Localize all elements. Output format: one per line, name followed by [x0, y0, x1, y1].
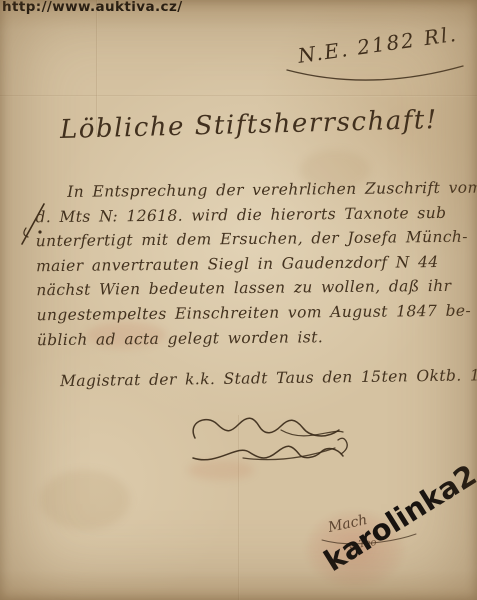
body-line: d. Mts N: 12618. wird die hierorts Taxno… — [35, 200, 459, 229]
body-line: In Entsprechung der verehrlichen Zuschri… — [35, 176, 459, 205]
stain — [40, 470, 130, 530]
body-line: nächst Wien bedeuten lassen zu wollen, d… — [36, 274, 460, 303]
vertical-fold-crease-top — [96, 0, 98, 135]
stain — [300, 150, 370, 190]
salutation: Löbliche Stiftsherrschaft! — [60, 105, 438, 145]
document-number-flourish — [283, 60, 468, 92]
body-line: ungestempeltes Einschreiten vom August 1… — [36, 299, 460, 328]
body-line: maier anvertrauten Siegl in Gaudenzdorf … — [36, 250, 460, 279]
horizontal-fold-crease — [0, 95, 477, 97]
note-underline-flourish — [320, 532, 420, 550]
document-number: N.E. 2182 Rl. — [296, 22, 459, 68]
letter-paper: N.E. 2182 Rl. Löbliche Stiftsherrschaft!… — [0, 0, 477, 600]
stain — [86, 322, 166, 348]
red-stamp-remnant — [305, 510, 405, 588]
body-line: üblich ad acta gelegt worden ist. — [37, 323, 461, 352]
signature-flourish — [185, 412, 365, 474]
auction-site-watermark: http://www.auktiva.cz/ — [2, 0, 183, 15]
letter-body: In Entsprechung der verehrlichen Zuschri… — [35, 176, 461, 353]
margin-mark — [14, 198, 58, 252]
note-name: Mach — [327, 512, 369, 536]
vertical-fold-crease-bottom — [238, 415, 240, 600]
note-sub: v. Teo — [347, 537, 377, 552]
stain — [188, 460, 254, 480]
dateline: Magistrat der k.k. Stadt Taus den 15ten … — [60, 366, 477, 390]
karolinka-watermark: karolinka2 — [318, 458, 477, 578]
body-line: unterfertigt mit dem Ersuchen, der Josef… — [36, 225, 460, 254]
